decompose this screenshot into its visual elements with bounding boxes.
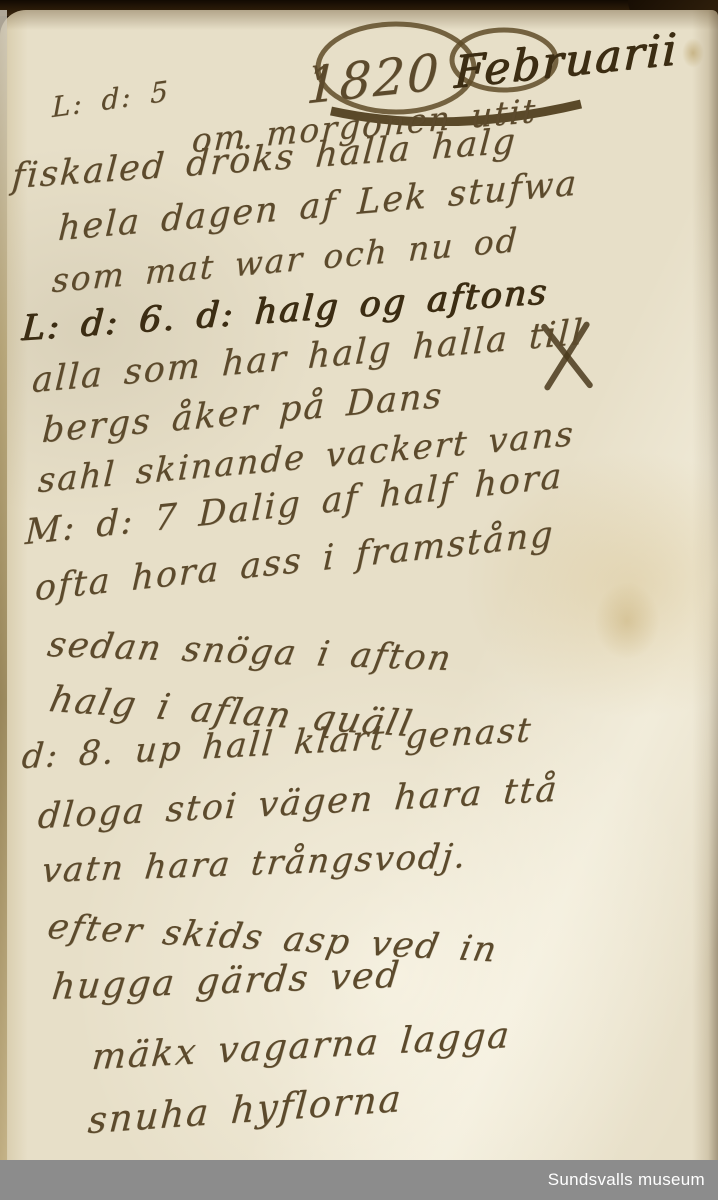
page-left-edge [0, 10, 7, 1160]
credit-bar: Sundsvalls museum [0, 1160, 718, 1200]
heading-month: Februarii [454, 24, 680, 99]
paper-stain-top-right [682, 38, 704, 68]
manuscript-photo: 1820Februarii L: d: 5 v om morgonen utit… [0, 0, 718, 1160]
manuscript-line: vatn hara trångsvodj. [40, 839, 469, 888]
manuscript-line: snuha hyflorna [87, 1080, 404, 1139]
screenshot-root: 1820Februarii L: d: 5 v om morgonen utit… [0, 0, 718, 1200]
manuscript-page: 1820Februarii L: d: 5 v om morgonen utit… [0, 10, 718, 1160]
paper-stain-middle-right [594, 582, 660, 660]
manuscript-line: sedan snöga i afton [45, 628, 455, 677]
credit-text: Sundsvalls museum [548, 1170, 718, 1190]
manuscript-line: hugga gärds ved [50, 958, 402, 1006]
manuscript-line: dloga stoi vägen hara ttå [36, 773, 559, 835]
manuscript-line: mäkx vagarna lagga [90, 1018, 512, 1076]
